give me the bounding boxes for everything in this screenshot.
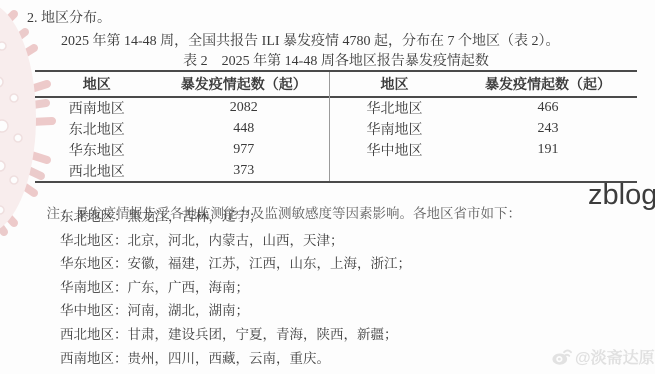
document-page: 2. 地区分布。 2025 年第 14-48 周，全国共报告 ILI 暴发疫情 … xyxy=(0,0,655,374)
region-cell: 华南地区 xyxy=(330,119,459,139)
table-left-half: 地区 暴发疫情起数（起） 西南地区 2082 东北地区 448 华东地区 977… xyxy=(35,72,330,181)
header-count: 暴发疫情起数（起） xyxy=(158,74,329,94)
count-cell: 243 xyxy=(459,121,637,137)
table-caption: 表 2 2025 年第 14-48 周各地区报告暴发疫情起数 xyxy=(35,50,637,70)
note-item: 华中地区：河南，湖北，湖南； xyxy=(60,299,411,323)
region-cell: 西南地区 xyxy=(35,98,158,118)
count-cell: 977 xyxy=(158,142,329,158)
table-row: 东北地区 448 xyxy=(35,119,329,140)
table-row: 西北地区 373 xyxy=(35,160,329,181)
region-cell: 东北地区 xyxy=(35,119,158,139)
count-cell: 466 xyxy=(459,100,637,116)
count-cell: 2082 xyxy=(158,100,329,116)
region-cell: 华东地区 xyxy=(35,140,158,160)
region-cell: 华中地区 xyxy=(330,140,459,160)
table-row: 西南地区 2082 xyxy=(35,98,329,119)
outbreak-table: 地区 暴发疫情起数（起） 西南地区 2082 东北地区 448 华东地区 977… xyxy=(35,70,637,183)
weibo-logo-icon xyxy=(551,347,572,366)
note-item: 西南地区：贵州，四川，西藏，云南，重庆。 xyxy=(60,347,411,371)
count-cell: 448 xyxy=(158,121,329,137)
header-region: 地区 xyxy=(35,74,158,94)
region-cell: 华北地区 xyxy=(330,98,459,118)
note-item: 东北地区：黑龙江，吉林，辽宁； xyxy=(60,205,411,229)
province-list: 东北地区：黑龙江，吉林，辽宁； 华北地区：北京，河北，内蒙古，山西，天津； 华东… xyxy=(60,205,411,370)
header-region: 地区 xyxy=(330,74,459,94)
intro-paragraph: 2025 年第 14-48 周，全国共报告 ILI 暴发疫情 4780 起，分布… xyxy=(61,30,560,50)
table-row: 华北地区 466 xyxy=(330,98,637,119)
note-item: 华南地区：广东，广西，海南； xyxy=(60,276,411,300)
region-cell: 西北地区 xyxy=(35,161,158,181)
count-cell: 191 xyxy=(459,142,637,158)
table-row: 华东地区 977 xyxy=(35,140,329,161)
zblog-watermark: zblog xyxy=(588,179,655,212)
table-row: 华中地区 191 xyxy=(330,140,637,161)
count-cell: 373 xyxy=(158,163,329,179)
note-item: 华北地区：北京，河北，内蒙古，山西，天津； xyxy=(60,229,411,253)
weibo-handle: @淡斋达原 xyxy=(575,345,655,368)
weibo-watermark: @淡斋达原 xyxy=(551,345,655,368)
table-header-row: 地区 暴发疫情起数（起） xyxy=(330,72,637,98)
note-item: 华东地区：安徽，福建，江苏，江西，山东，上海，浙江； xyxy=(60,252,411,276)
table-right-half: 地区 暴发疫情起数（起） 华北地区 466 华南地区 243 华中地区 191 xyxy=(330,72,637,181)
note-item: 西北地区：甘肃，建设兵团，宁夏，青海，陕西，新疆； xyxy=(60,323,411,347)
header-count: 暴发疫情起数（起） xyxy=(459,74,637,94)
table-row: 华南地区 243 xyxy=(330,119,637,140)
table-header-row: 地区 暴发疫情起数（起） xyxy=(35,72,329,98)
section-heading: 2. 地区分布。 xyxy=(27,7,111,27)
